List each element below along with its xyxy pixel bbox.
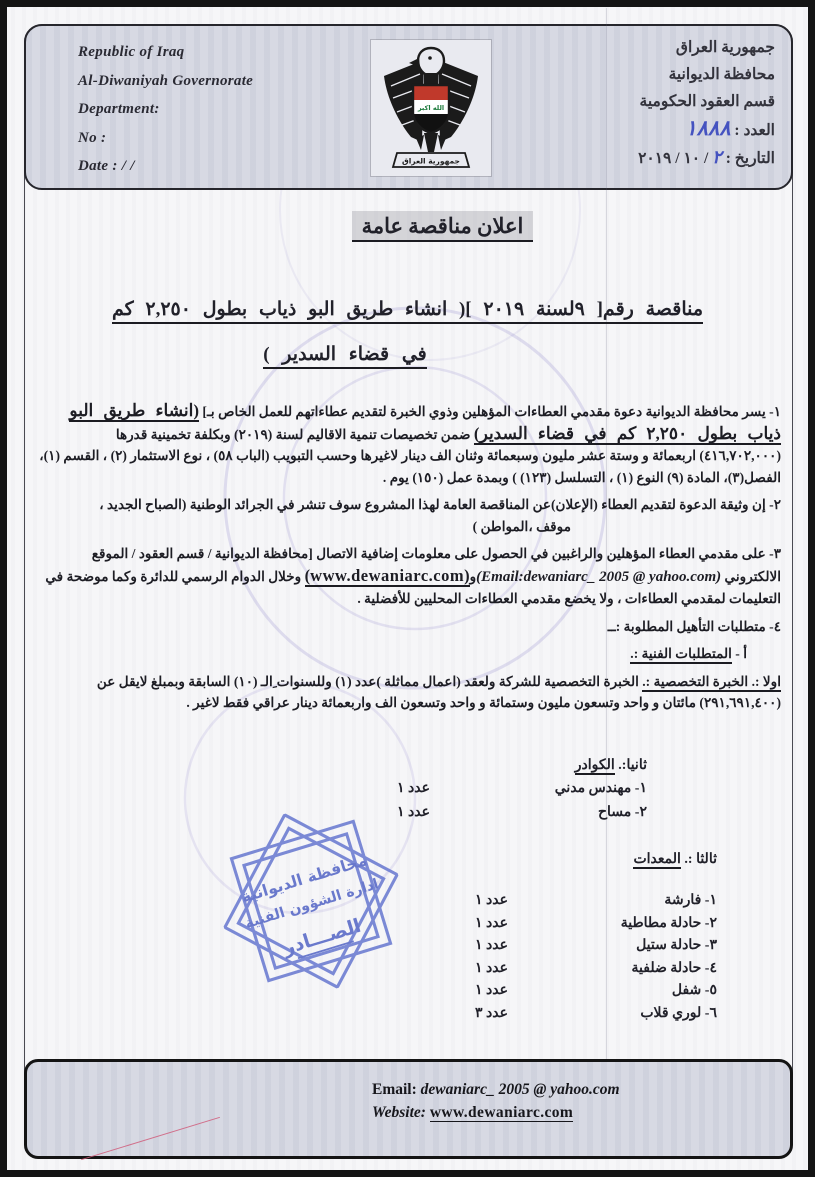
sub-item-a: أ - المتطلبات الفنية :. [36,643,781,665]
first-requirement: اولا :. الخبرة التخصصية :. الخبرة التخصص… [36,671,781,714]
contracts-dept-ar: قسم العقود الحكومية [638,88,775,115]
equipment-num: ٢- [705,916,717,931]
tender-heading-line2: في قضاء السدير ) [263,344,427,369]
equipment-row: ٥- شفل عدد ١ [475,980,717,1003]
footer-email-value: dewaniarc_ 2005 @ yahoo.com [421,1081,620,1098]
svg-text:الله اكبر: الله اكبر [417,104,444,112]
equipment-row: ١- فارشة عدد ١ [475,890,717,913]
cadre-label: ١- مهندس مدني [555,777,647,801]
paragraph-3: ٣- على مقدمي العطاء المؤهلين والراغبين ف… [36,543,781,610]
cadres-title: ثانيا:. الكوادر [397,757,647,774]
footer-contact-box: Email: dewaniarc_ 2005 @ yahoo.com Websi… [24,1059,793,1159]
doc-number-handwritten: ١٨٨٨ [685,116,730,140]
equipment-num: ٤- [705,961,717,976]
tender-heading-line1: مناقصة رقم[ ٩لسنة ٢٠١٩ ]( انشاء طريق الب… [112,299,703,324]
p4-text: متطلبات التأهيل المطلوبة :ــ [608,619,766,634]
equipment-row: ٦- لوري قلاب عدد ٣ [475,1003,717,1026]
p2-number: ٢- [769,497,781,512]
equipment-label: ٤- حادلة ضلفية [632,958,717,981]
equipment-name: حادلة ستيل [636,938,701,953]
footer-website-line: Website: www.dewaniarc.com [372,1101,620,1124]
equipment-label: ٣- حادلة ستيل [636,935,717,958]
p2-text-line2: موقف ،المواطن ) [36,516,781,538]
equipment-num: ٦- [705,1006,717,1021]
doc-number-label: العدد : [734,122,775,139]
equipment-label: ٥- شفل [672,980,717,1003]
equipment-name: فارشة [664,893,701,908]
doc-date-line: التاريخ : ٢ / ١٠ / ٢٠١٩ [638,144,775,172]
svg-text:جمهورية العراق: جمهورية العراق [402,157,460,166]
date-label-en: Date : / / [78,152,253,181]
equipment-row: ٢- حادلة مطاطية عدد ١ [475,913,717,936]
footer-website-value: www.dewaniarc.com [430,1104,573,1122]
paragraph-1: ١- يسر محافظة الديوانية دعوة مقدمي العطا… [36,400,781,488]
department-label-en: Department: [78,95,253,124]
cadre-name: مهندس مدني [555,781,632,796]
equipment-qty: عدد ١ [475,958,508,981]
letterhead-arabic: جمهورية العراق محافظة الديوانية قسم العق… [638,34,775,172]
cadres-title-main: الكوادر [575,758,615,775]
document-title-wrap: اعلان مناقصة عامة [0,211,815,242]
p4-number: ٤- [769,619,781,634]
iraq-eagle-emblem-icon: الله اكبر جمهورية العراق [371,40,491,176]
doc-number-line: العدد : ١٨٨٨ [638,115,775,144]
equipment-title-prefix: ثالثا :. [684,852,717,867]
number-label-en: No : [78,124,253,153]
cadres-row: ٢- مساح عدد ١ [397,801,647,825]
cadre-qty: عدد ١ [397,801,430,825]
cadres-row: ١- مهندس مدني عدد ١ [397,777,647,801]
country-en: Republic of Iraq [78,38,253,67]
footer-contact-text: Email: dewaniarc_ 2005 @ yahoo.com Websi… [372,1078,620,1124]
equipment-title: ثالثا :. المعدات [475,851,717,868]
equipment-label: ٢- حادلة مطاطية [621,913,717,936]
equipment-name: حادلة مطاطية [621,916,702,931]
equipment-num: ٣- [705,938,717,953]
equipment-num: ٥- [705,983,717,998]
p2-text-line1: إن وثيقة الدعوة لتقديم العطاء (الإعلان)ع… [99,497,766,512]
sub-a-text: المتطلبات الفنية :. [630,646,732,664]
tender-heading-line1-wrap: مناقصة رقم[ ٩لسنة ٢٠١٩ ]( انشاء طريق الب… [40,298,775,321]
equipment-num: ١- [705,893,717,908]
footer-email-label: Email: [372,1081,417,1098]
p3-email-text: (Email:dewaniarc_ 2005 @ yahoo.com) [476,569,721,585]
cadre-name: مساح [598,805,631,820]
cadre-num: ١- [635,781,647,796]
equipment-name: شفل [672,983,701,998]
document-title: اعلان مناقصة عامة [352,211,534,242]
governorate-ar: محافظة الديوانية [638,61,775,88]
p1-intro: يسر محافظة الديوانية دعوة مقدمي العطاءات… [202,404,765,419]
footer-email-line: Email: dewaniarc_ 2005 @ yahoo.com [372,1078,620,1101]
equipment-section: ثالثا :. المعدات ١- فارشة عدد ١ ٢- حادلة… [475,851,717,1025]
doc-date-label: التاريخ : [726,150,775,167]
letterhead: Republic of Iraq Al-Diwaniyah Governorat… [24,24,793,190]
cadres-section: ثانيا:. الكوادر ١- مهندس مدني عدد ١ ٢- م… [397,757,647,825]
tender-heading-line2-wrap: في قضاء السدير ) [215,343,475,366]
cadres-title-prefix: ثانيا:. [618,758,647,773]
equipment-label: ١- فارشة [664,890,717,913]
p1-number: ١- [769,404,781,419]
doc-date-rest: / ١٠ / ٢٠١٩ [638,150,708,167]
scanned-tender-document: { "header": { "english": { "line1": "Rep… [0,0,815,1177]
cadre-num: ٢- [635,805,647,820]
footer-website-label: Website: [372,1104,426,1121]
p3-number: ٣- [769,546,781,561]
equipment-label: ٦- لوري قلاب [640,1003,717,1026]
p3-email-inline: (Email:dewaniarc_ 2005 @ yahoo.com) [476,569,721,585]
equipment-title-main: المعدات [633,852,680,869]
paragraph-4: ٤- متطلبات التأهيل المطلوبة :ــ [36,616,781,638]
equipment-qty: عدد ١ [475,935,508,958]
cadre-label: ٢- مساح [598,801,647,825]
body-text: ١- يسر محافظة الديوانية دعوة مقدمي العطا… [36,400,781,720]
cadre-qty: عدد ١ [397,777,430,801]
equipment-qty: عدد ١ [475,890,508,913]
first-requirement-label: اولا :. الخبرة التخصصية :. [642,674,781,692]
letterhead-english: Republic of Iraq Al-Diwaniyah Governorat… [78,38,253,181]
governorate-en: Al-Diwaniyah Governorate [78,67,253,96]
equipment-qty: عدد ١ [475,980,508,1003]
paragraph-2: ٢- إن وثيقة الدعوة لتقديم العطاء (الإعلا… [36,494,781,537]
equipment-row: ٣- حادلة ستيل عدد ١ [475,935,717,958]
equipment-row: ٤- حادلة ضلفية عدد ١ [475,958,717,981]
equipment-qty: عدد ١ [475,913,508,936]
equipment-qty: عدد ٣ [475,1003,508,1026]
p3-website-inline: (www.dewaniarc.com) [305,566,470,587]
country-ar: جمهورية العراق [638,34,775,61]
sub-a-letter: أ - [735,646,747,661]
equipment-name: حادلة ضلفية [632,961,702,976]
equipment-name: لوري قلاب [640,1006,701,1021]
doc-date-day-handwritten: ٢ [712,147,722,167]
